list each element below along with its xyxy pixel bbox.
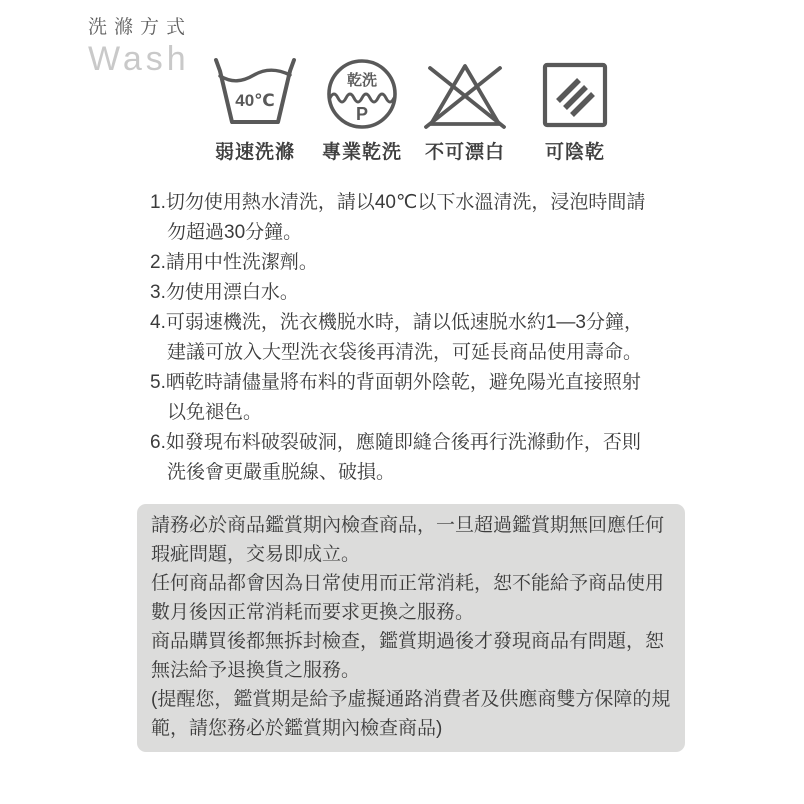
- instruction-number: 3.: [150, 282, 166, 303]
- instruction-text: 可弱速機洗，洗衣機脱水時，請以低速脱水約1—3分鐘，建議可放入大型洗衣袋後再清洗…: [166, 312, 643, 363]
- care-symbol-caption: 可陰乾: [545, 137, 605, 164]
- instruction-number: 2.: [150, 252, 166, 273]
- notice-paragraph: (提醒您，鑑賞期是給予虛擬通路消費者及供應商雙方保障的規範，請您務必於鑑賞期內檢…: [151, 685, 671, 743]
- care-symbol-machine-wash: 40℃ 弱速洗滌: [200, 58, 310, 164]
- care-symbol-dry-clean: 乾洗 P 專業乾洗: [310, 58, 414, 164]
- care-symbol-caption: 不可漂白: [425, 137, 505, 164]
- notice-paragraph: 請務必於商品鑑賞期內檢查商品，一旦超過鑑賞期無回應任何瑕疵問題，交易即成立。: [151, 511, 671, 569]
- care-symbol-no-bleach: 不可漂白: [413, 58, 517, 164]
- instruction-text: 晒乾時請儘量將布料的背面朝外陰乾，避免陽光直接照射以免褪色。: [166, 372, 641, 423]
- instruction-text: 請用中性洗潔劑。: [166, 252, 318, 273]
- wash-temperature-label: 40℃: [235, 91, 275, 110]
- instruction-number: 6.: [150, 432, 166, 453]
- instruction-number: 1.: [150, 192, 166, 213]
- instruction-number: 5.: [150, 372, 166, 393]
- instruction-item: 5.晒乾時請儘量將布料的背面朝外陰乾，避免陽光直接照射以免褪色。: [150, 368, 652, 428]
- instruction-item: 3.勿使用漂白水。: [150, 278, 652, 308]
- instruction-item: 2.請用中性洗潔劑。: [150, 248, 652, 278]
- dry-clean-text: 乾洗: [347, 71, 377, 89]
- care-symbol-caption: 專業乾洗: [322, 137, 402, 164]
- no-bleach-triangle-icon: [418, 58, 512, 132]
- machine-wash-40-icon: 40℃: [208, 58, 302, 132]
- washing-instructions-list: 1.切勿使用熱水清洗，請以40℃以下水溫清洗，浸泡時間請勿超過30分鐘。 2.請…: [150, 188, 652, 488]
- notice-paragraph: 任何商品都會因為日常使用而正常消耗，恕不能給予商品使用數月後因正常消耗而要求更換…: [151, 569, 671, 627]
- instruction-number: 4.: [150, 312, 166, 333]
- inspection-notice-box: 請務必於商品鑑賞期內檢查商品，一旦超過鑑賞期無回應任何瑕疵問題，交易即成立。 任…: [137, 504, 685, 752]
- care-instructions-page: 洗滌方式 Wash 40℃ 弱速洗滌 乾洗 P 專業乾洗: [0, 0, 804, 804]
- instruction-text: 切勿使用熱水清洗，請以40℃以下水溫清洗，浸泡時間請勿超過30分鐘。: [166, 192, 645, 243]
- dry-clean-p-letter: P: [356, 104, 368, 124]
- care-symbol-caption: 弱速洗滌: [215, 137, 295, 164]
- instruction-text: 勿使用漂白水。: [166, 282, 299, 303]
- instruction-text: 如發現布料破裂破洞，應隨即縫合後再行洗滌動作，否則洗後會更嚴重脱線、破損。: [166, 432, 641, 483]
- section-header: 洗滌方式 Wash: [88, 12, 192, 79]
- section-title-en: Wash: [88, 40, 192, 79]
- instruction-item: 6.如發現布料破裂破洞，應隨即縫合後再行洗滌動作，否則洗後會更嚴重脱線、破損。: [150, 428, 652, 488]
- shade-dry-square-icon: [538, 58, 612, 132]
- dry-clean-circle-icon: 乾洗 P: [324, 58, 400, 132]
- notice-paragraph: 商品購買後都無拆封檢查，鑑賞期過後才發現商品有問題，恕無法給予退換貨之服務。: [151, 627, 671, 685]
- section-title-zh: 洗滌方式: [88, 12, 192, 39]
- instruction-item: 4.可弱速機洗，洗衣機脱水時，請以低速脱水約1—3分鐘，建議可放入大型洗衣袋後再…: [150, 308, 652, 368]
- care-symbol-shade-dry: 可陰乾: [523, 58, 627, 164]
- instruction-item: 1.切勿使用熱水清洗，請以40℃以下水溫清洗，浸泡時間請勿超過30分鐘。: [150, 188, 652, 248]
